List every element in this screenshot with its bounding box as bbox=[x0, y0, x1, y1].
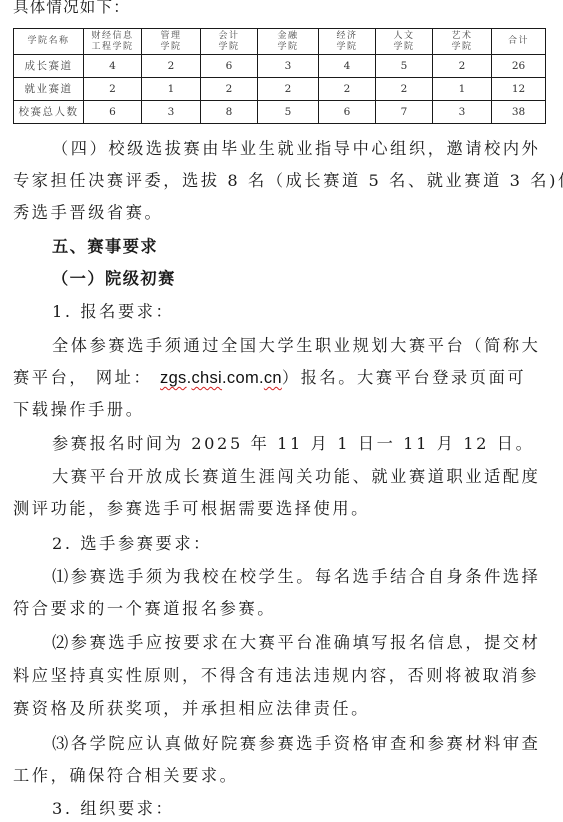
row-label: 就业赛道 bbox=[14, 78, 84, 101]
item-heading-3: 3. 组织要求： bbox=[52, 798, 174, 820]
item-heading-1: 1. 报名要求： bbox=[52, 301, 174, 323]
table-cell: 6 bbox=[84, 101, 142, 124]
table-cell: 38 bbox=[492, 101, 546, 124]
header-cell: 会计学院 bbox=[201, 29, 258, 55]
platform-line-1: 大赛平台开放成长赛道生涯闯关功能、就业赛道职业适配度 bbox=[52, 466, 540, 488]
row-label: 校赛总人数 bbox=[14, 101, 84, 124]
header-cell: 财经信息工程学院 bbox=[84, 29, 142, 55]
paragraph-4-line-2: 专家担任决赛评委，选拔 8 名（成长赛道 5 名、就业赛道 3 名)优 bbox=[13, 170, 563, 192]
table-cell: 4 bbox=[84, 55, 142, 78]
intro-text: 具体情况如下： bbox=[13, 0, 130, 18]
table-cell: 2 bbox=[258, 78, 319, 101]
table-cell: 3 bbox=[433, 101, 492, 124]
header-cell: 学院名称 bbox=[14, 29, 84, 55]
requirement-2-line-1: ⑵参赛选手应按要求在大赛平台准确填写报名信息，提交材 bbox=[52, 632, 540, 654]
table-cell: 5 bbox=[258, 101, 319, 124]
requirement-2-line-2: 料应坚持真实性原则，不得含有违法违规内容，否则将被取消参 bbox=[13, 665, 539, 687]
section-heading: 五、赛事要求 bbox=[52, 236, 158, 258]
table-cell: 4 bbox=[319, 55, 376, 78]
participants-table: 学院名称 财经信息工程学院 管理学院 会计学院 金融学院 经济学院 人文学院 艺… bbox=[13, 28, 546, 124]
table-cell: 1 bbox=[142, 78, 201, 101]
table-row: 就业赛道 2 1 2 2 2 2 1 12 bbox=[14, 78, 546, 101]
subsection-heading: （一）院级初赛 bbox=[52, 268, 176, 290]
table-cell: 2 bbox=[376, 78, 433, 101]
row-label: 成长赛道 bbox=[14, 55, 84, 78]
registration-line-2: 赛平台， 网址： zgs.chsi.com.cn）报名。大赛平台登录页面可 bbox=[13, 367, 526, 389]
table-cell: 2 bbox=[201, 78, 258, 101]
registration-line-3: 下载操作手册。 bbox=[13, 399, 145, 421]
header-cell: 合计 bbox=[492, 29, 546, 55]
header-cell: 艺术学院 bbox=[433, 29, 492, 55]
table-cell: 26 bbox=[492, 55, 546, 78]
table-cell: 2 bbox=[142, 55, 201, 78]
table-row: 成长赛道 4 2 6 3 4 5 2 26 bbox=[14, 55, 546, 78]
table-cell: 2 bbox=[319, 78, 376, 101]
table-cell: 12 bbox=[492, 78, 546, 101]
header-cell: 人文学院 bbox=[376, 29, 433, 55]
registration-line-1: 全体参赛选手须通过全国大学生职业规划大赛平台（简称大 bbox=[52, 335, 540, 357]
requirement-1-line-2: 符合要求的一个赛道报名参赛。 bbox=[13, 598, 276, 620]
paragraph-4-line-1: （四）校级选拔赛由毕业生就业指导中心组织，邀请校内外 bbox=[52, 138, 540, 160]
table-cell: 2 bbox=[433, 55, 492, 78]
requirement-2-line-3: 赛资格及所获奖项，并承担相应法律责任。 bbox=[13, 698, 370, 720]
table-header-row: 学院名称 财经信息工程学院 管理学院 会计学院 金融学院 经济学院 人文学院 艺… bbox=[14, 29, 546, 55]
requirement-3-line-2: 工作，确保符合相关要求。 bbox=[13, 765, 238, 787]
table-cell: 6 bbox=[201, 55, 258, 78]
table-cell: 6 bbox=[319, 101, 376, 124]
platform-line-2: 测评功能，参赛选手可根据需要选择使用。 bbox=[13, 498, 370, 520]
header-cell: 金融学院 bbox=[258, 29, 319, 55]
table-cell: 3 bbox=[142, 101, 201, 124]
table-row: 校赛总人数 6 3 8 5 6 7 3 38 bbox=[14, 101, 546, 124]
requirement-3-line-1: ⑶各学院应认真做好院赛参赛选手资格审查和参赛材料审查 bbox=[52, 733, 540, 755]
table-cell: 8 bbox=[201, 101, 258, 124]
table-cell: 2 bbox=[84, 78, 142, 101]
table-cell: 3 bbox=[258, 55, 319, 78]
table-cell: 5 bbox=[376, 55, 433, 78]
header-cell: 经济学院 bbox=[319, 29, 376, 55]
item-heading-2: 2. 选手参赛要求： bbox=[52, 533, 212, 555]
table-cell: 7 bbox=[376, 101, 433, 124]
registration-time: 参赛报名时间为 2025 年 11 月 1 日一 11 月 12 日。 bbox=[52, 433, 534, 455]
paragraph-4-line-3: 秀选手晋级省赛。 bbox=[13, 202, 163, 224]
requirement-1-line-1: ⑴参赛选手须为我校在校学生。每名选手结合自身条件选择 bbox=[52, 566, 540, 588]
header-cell: 管理学院 bbox=[142, 29, 201, 55]
table-cell: 1 bbox=[433, 78, 492, 101]
website-url[interactable]: zgs.chsi.com.cn bbox=[160, 369, 282, 387]
